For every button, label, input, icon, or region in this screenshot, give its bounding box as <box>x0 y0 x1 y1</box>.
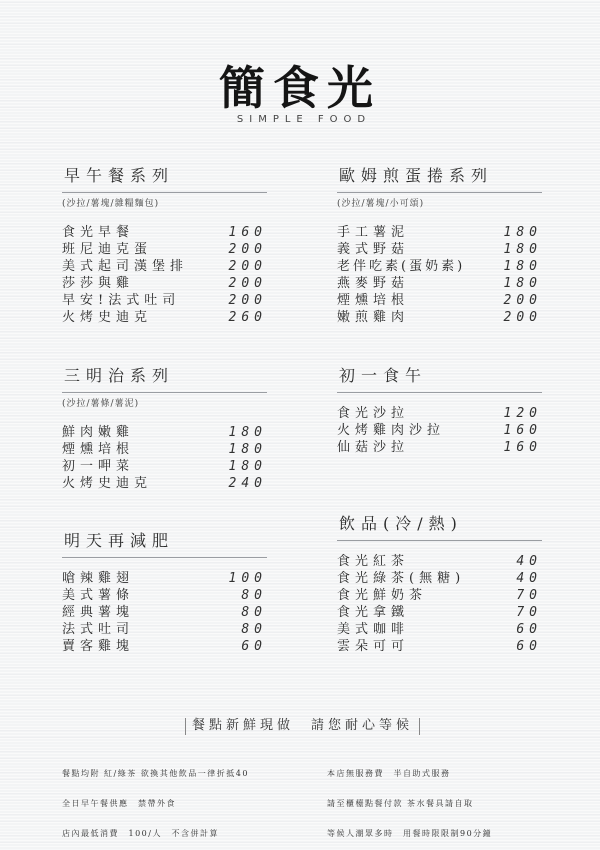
item-price: 40 <box>516 570 542 587</box>
menu-item: 煙燻培根200 <box>337 292 542 309</box>
menu-item: 早安!法式吐司200 <box>62 292 267 309</box>
item-price: 120 <box>504 405 542 422</box>
menu-item: 賣客雞塊60 <box>62 638 267 655</box>
item-name: 食光早餐 <box>62 224 134 241</box>
item-price: 180 <box>229 441 267 458</box>
notes-right: 本店無服務費 半自助式服務 請至櫃檯點餐付款 茶水餐具請自取 等候人潮眾多時 用… <box>327 749 492 849</box>
item-price: 70 <box>516 604 542 621</box>
menu-list: 手工薯泥180 義式野菇180 老伴吃素(蛋奶素)180 燕麥野菇180 煙燻培… <box>337 224 542 326</box>
menu-item: 燕麥野菇180 <box>337 275 542 292</box>
menu-item: 經典薯塊80 <box>62 604 267 621</box>
section-title: 明天再減肥 <box>62 530 267 552</box>
section-note: (沙拉/薯塊/雜糧麵包) <box>62 198 267 210</box>
item-name: 義式野菇 <box>337 241 409 258</box>
menu-item: 莎莎與雞200 <box>62 275 267 292</box>
menu-item: 煙燻培根180 <box>62 441 267 458</box>
menu-item: 班尼迪克蛋200 <box>62 241 267 258</box>
menu-item: 嫩煎雞肉200 <box>337 309 542 326</box>
menu-item: 老伴吃素(蛋奶素)180 <box>337 258 542 275</box>
item-name: 美式起司漢堡排 <box>62 258 188 275</box>
section-title: 三明治系列 <box>62 365 267 387</box>
menu-item: 食光鮮奶茶70 <box>337 587 542 604</box>
item-name: 嫩煎雞肉 <box>337 309 409 326</box>
brand-subtitle: SIMPLE FOOD <box>0 114 600 125</box>
item-price: 240 <box>229 475 267 492</box>
menu-list: 鮮肉嫩雞180 煙燻培根180 初一呷菜180 火烤史迪克240 <box>62 424 267 492</box>
item-price: 180 <box>504 258 542 275</box>
note-line: 餐點均附 紅/綠茶 欲換其他飲品一律折抵40 <box>62 769 249 779</box>
item-price: 60 <box>241 638 267 655</box>
item-name: 初一呷菜 <box>62 458 134 475</box>
brand-title: 簡食光 <box>0 60 600 116</box>
item-name: 食光拿鐵 <box>337 604 409 621</box>
item-price: 180 <box>504 224 542 241</box>
item-name: 鮮肉嫩雞 <box>62 424 134 441</box>
item-name: 嗆辣雞翅 <box>62 570 134 587</box>
item-price: 200 <box>504 292 542 309</box>
section-omelette: 歐姆煎蛋捲系列 (沙拉/薯塊/小可頌) 手工薯泥180 義式野菇180 老伴吃素… <box>337 165 542 326</box>
item-name: 賣客雞塊 <box>62 638 134 655</box>
item-name: 法式吐司 <box>62 621 134 638</box>
menu-item: 火烤史迪克240 <box>62 475 267 492</box>
section-title: 初一食午 <box>337 365 542 387</box>
item-price: 70 <box>516 587 542 604</box>
item-name: 食光沙拉 <box>337 405 409 422</box>
item-price: 200 <box>229 292 267 309</box>
divider <box>62 392 267 393</box>
menu-item: 食光綠茶(無糖)40 <box>337 570 542 587</box>
menu-item: 初一呷菜180 <box>62 458 267 475</box>
item-price: 160 <box>504 439 542 456</box>
item-price: 40 <box>516 553 542 570</box>
item-price: 200 <box>229 241 267 258</box>
menu-item: 食光紅茶40 <box>337 553 542 570</box>
item-price: 180 <box>229 458 267 475</box>
menu-list: 食光紅茶40 食光綠茶(無糖)40 食光鮮奶茶70 食光拿鐵70 美式咖啡60 … <box>337 553 542 655</box>
item-name: 煙燻培根 <box>337 292 409 309</box>
item-price: 80 <box>241 621 267 638</box>
menu-item: 食光沙拉120 <box>337 405 542 422</box>
item-name: 雲朵可可 <box>337 638 409 655</box>
menu-item: 嗆辣雞翅100 <box>62 570 267 587</box>
section-title: 早午餐系列 <box>62 165 267 187</box>
section-brunch: 早午餐系列 (沙拉/薯塊/雜糧麵包) 食光早餐160 班尼迪克蛋200 美式起司… <box>62 165 267 326</box>
item-price: 260 <box>229 309 267 326</box>
menu-list: 食光沙拉120 火烤雞肉沙拉160 仙菇沙拉160 <box>337 405 542 456</box>
section-note: (沙拉/薯條/薯泥) <box>62 398 267 410</box>
menu-item: 仙菇沙拉160 <box>337 439 542 456</box>
menu-item: 美式薯條80 <box>62 587 267 604</box>
divider <box>62 192 267 193</box>
item-price: 160 <box>504 422 542 439</box>
item-name: 早安!法式吐司 <box>62 292 180 309</box>
item-price: 60 <box>516 638 542 655</box>
section-note: (沙拉/薯塊/小可頌) <box>337 198 542 210</box>
item-name: 美式咖啡 <box>337 621 409 638</box>
menu-item: 義式野菇180 <box>337 241 542 258</box>
item-name: 老伴吃素(蛋奶素) <box>337 258 465 275</box>
item-price: 80 <box>241 587 267 604</box>
note-line: 請至櫃檯點餐付款 茶水餐具請自取 <box>327 799 492 809</box>
section-sandwich: 三明治系列 (沙拉/薯條/薯泥) 鮮肉嫩雞180 煙燻培根180 初一呷菜180… <box>62 365 267 492</box>
item-price: 180 <box>229 424 267 441</box>
item-name: 仙菇沙拉 <box>337 439 409 456</box>
divider <box>62 557 267 558</box>
item-price: 200 <box>504 309 542 326</box>
note-line: 等候人潮眾多時 用餐時限限制90分鐘 <box>327 829 492 839</box>
menu-list: 嗆辣雞翅100 美式薯條80 經典薯塊80 法式吐司80 賣客雞塊60 <box>62 570 267 655</box>
item-name: 燕麥野菇 <box>337 275 409 292</box>
item-name: 莎莎與雞 <box>62 275 134 292</box>
divider <box>337 392 542 393</box>
brand-logo: 簡食光 SIMPLE FOOD <box>0 60 600 125</box>
item-price: 180 <box>504 275 542 292</box>
note-line: 本店無服務費 半自助式服務 <box>327 769 492 779</box>
menu-item: 鮮肉嫩雞180 <box>62 424 267 441</box>
item-price: 200 <box>229 275 267 292</box>
item-name: 火烤史迪克 <box>62 309 152 326</box>
menu-item: 食光早餐160 <box>62 224 267 241</box>
note-line: 全日早午餐供應 禁帶外食 <box>62 799 249 809</box>
item-name: 美式薯條 <box>62 587 134 604</box>
item-price: 80 <box>241 604 267 621</box>
notes-left: 餐點均附 紅/綠茶 欲換其他飲品一律折抵40 全日早午餐供應 禁帶外食 店內最低… <box>62 749 249 849</box>
section-salad: 初一食午 食光沙拉120 火烤雞肉沙拉160 仙菇沙拉160 <box>337 365 542 456</box>
section-drinks: 飲品(冷/熱) 食光紅茶40 食光綠茶(無糖)40 食光鮮奶茶70 食光拿鐵70… <box>337 513 542 655</box>
menu-item: 雲朵可可60 <box>337 638 542 655</box>
item-name: 食光綠茶(無糖) <box>337 570 465 587</box>
divider <box>337 192 542 193</box>
item-name: 手工薯泥 <box>337 224 409 241</box>
menu-item: 手工薯泥180 <box>337 224 542 241</box>
section-title: 歐姆煎蛋捲系列 <box>337 165 542 187</box>
item-name: 火烤史迪克 <box>62 475 152 492</box>
item-name: 食光鮮奶茶 <box>337 587 427 604</box>
item-price: 160 <box>229 224 267 241</box>
section-title: 飲品(冷/熱) <box>337 513 542 535</box>
item-name: 食光紅茶 <box>337 553 409 570</box>
menu-item: 火烤史迪克260 <box>62 309 267 326</box>
item-name: 經典薯塊 <box>62 604 134 621</box>
item-name: 煙燻培根 <box>62 441 134 458</box>
item-price: 200 <box>229 258 267 275</box>
banner-text: 餐點新鮮現做 請您耐心等候 <box>186 718 419 733</box>
menu-item: 食光拿鐵70 <box>337 604 542 621</box>
menu-item: 火烤雞肉沙拉160 <box>337 422 542 439</box>
menu-item: 美式起司漢堡排200 <box>62 258 267 275</box>
item-name: 火烤雞肉沙拉 <box>337 422 445 439</box>
item-price: 100 <box>229 570 267 587</box>
menu-item: 法式吐司80 <box>62 621 267 638</box>
item-price: 180 <box>504 241 542 258</box>
menu-list: 食光早餐160 班尼迪克蛋200 美式起司漢堡排200 莎莎與雞200 早安!法… <box>62 224 267 326</box>
divider-right <box>419 718 420 735</box>
item-name: 班尼迪克蛋 <box>62 241 152 258</box>
menu-item: 美式咖啡60 <box>337 621 542 638</box>
item-price: 60 <box>516 621 542 638</box>
divider <box>337 540 542 541</box>
section-snacks: 明天再減肥 嗆辣雞翅100 美式薯條80 經典薯塊80 法式吐司80 賣客雞塊6… <box>62 530 267 655</box>
notice-banner: 餐點新鮮現做 請您耐心等候 <box>170 716 435 736</box>
note-line: 店內最低消費 100/人 不含併計算 <box>62 829 249 839</box>
